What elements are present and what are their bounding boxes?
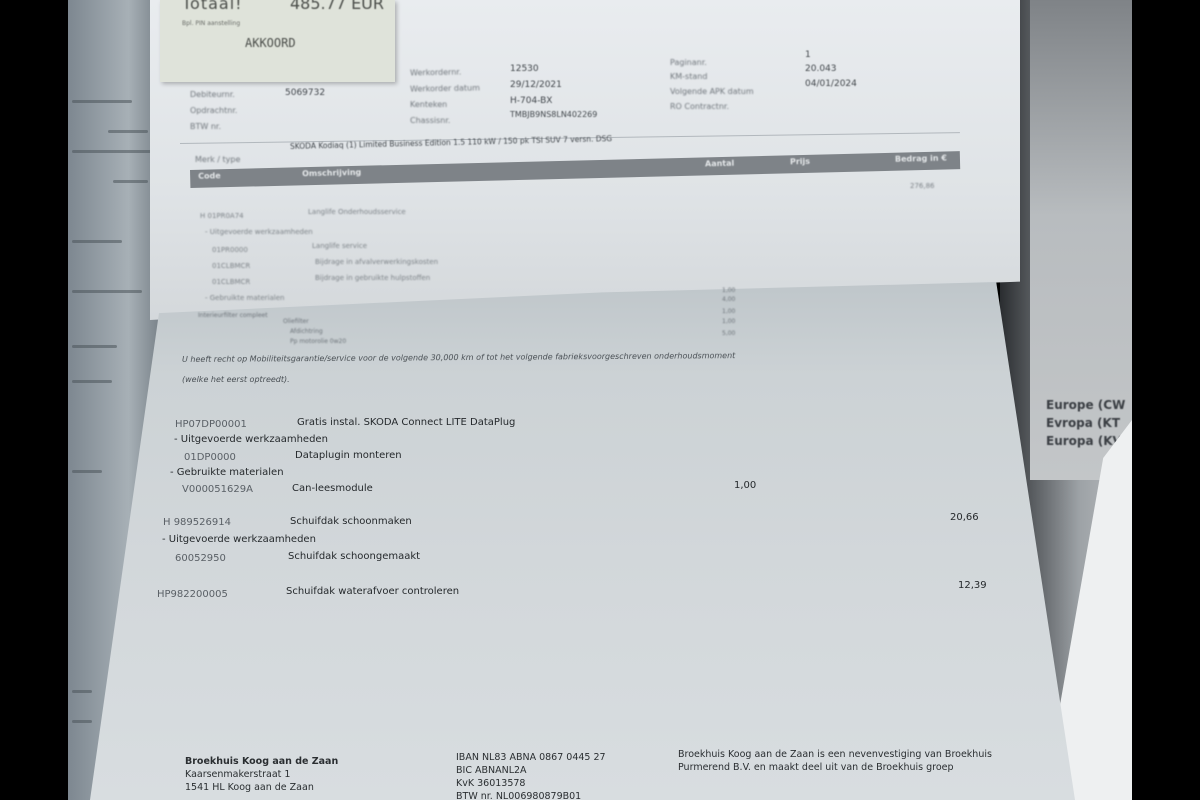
footer-note-line-2: Purmerend B.V. en maakt deel uit van de …: [678, 761, 992, 774]
item-description: Schuifdak schoongemaakt: [288, 551, 420, 562]
row-code: H 01PR0A74: [200, 212, 244, 220]
mileage-label: KM-stand: [670, 72, 707, 81]
bic: BIC ABNANL2A: [456, 764, 606, 777]
receipt-status: AKKOORD: [245, 36, 296, 50]
mileage-value: 20.043: [805, 64, 837, 74]
row-sub: - Uitgevoerde werkzaamheden: [205, 228, 313, 236]
footer-note: Broekhuis Koog aan de Zaan is een nevenv…: [678, 748, 992, 774]
col-amount: Bedrag in €: [895, 154, 947, 164]
ro-contract-label: RO Contractnr.: [670, 102, 729, 111]
row-desc: Langlife Onderhoudsservice: [308, 208, 406, 216]
item-subheading: - Uitgevoerde werkzaamheden: [174, 434, 328, 445]
background-text: Europa (KV: [1046, 434, 1122, 448]
mobility-notice-2: (welke het eerst optreedt).: [182, 375, 290, 384]
workorder-value: 12530: [510, 64, 539, 74]
page-number-label: Paginanr.: [670, 58, 707, 67]
receipt-total-value: 485.77 EUR: [290, 0, 384, 13]
item-description: Gratis instal. SKODA Connect LITE DataPl…: [297, 417, 515, 428]
company-street: Kaarsenmakerstraat 1: [185, 768, 338, 781]
workorder-date-value: 29/12/2021: [510, 80, 562, 90]
row-code: 01CLBMCR: [212, 278, 250, 286]
page-number-value: 1: [805, 50, 811, 60]
workorder-label: Werkordernr.: [410, 68, 462, 78]
item-description: Schuifdak schoonmaken: [290, 516, 412, 527]
photo-border-left: [0, 0, 68, 800]
item-code: HP07DP00001: [175, 419, 247, 430]
workorder-date-label: Werkorder datum: [410, 83, 480, 93]
material-qty: 1,00: [722, 308, 735, 315]
receipt-small-text: Bpl. PIN aanstelling: [182, 20, 240, 27]
footer-note-line-1: Broekhuis Koog aan de Zaan is een nevenv…: [678, 748, 992, 761]
col-price: Prijs: [790, 157, 810, 166]
photo-border-right: [1132, 0, 1200, 800]
material-qty: 1,00: [722, 287, 735, 294]
material-desc: Interieurfilter compleet: [198, 312, 268, 319]
col-description: Omschrijving: [302, 168, 361, 178]
license-plate-label: Kenteken: [410, 100, 447, 109]
material-qty: 5,00: [722, 330, 735, 337]
footer-company: Broekhuis Koog aan de Zaan Kaarsenmakers…: [185, 755, 338, 794]
material-desc: Oliefilter: [283, 318, 309, 325]
row-desc: Bijdrage in gebruikte hulpstoffen: [315, 274, 430, 282]
background-text: Evropa (KT: [1046, 416, 1120, 430]
item-amount: 12,39: [958, 580, 987, 591]
footer-bank: IBAN NL83 ABNA 0867 0445 27 BIC ABNANL2A…: [456, 751, 606, 800]
vat-number: BTW nr. NL006980879B01: [456, 790, 606, 800]
background-text: Europe (CW: [1046, 398, 1125, 412]
chassis-label: Chassisnr.: [410, 116, 450, 125]
payment-receipt: Totaal! 485.77 EUR Bpl. PIN aanstelling …: [160, 0, 395, 82]
row-desc: Bijdrage in afvalverwerkingskosten: [315, 258, 438, 266]
license-plate-value: H-704-BX: [510, 96, 552, 106]
item-subheading: - Gebruikte materialen: [170, 467, 284, 478]
order-label: Opdrachtnr.: [190, 106, 237, 115]
material-desc: Pp motorolie 0w20: [290, 338, 346, 345]
item-amount: 20,66: [950, 512, 979, 523]
row-sub: - Gebruikte materialen: [205, 294, 284, 302]
item-code: 01DP0000: [184, 452, 236, 463]
kvk: KvK 36013578: [456, 777, 606, 790]
item-subheading: - Uitgevoerde werkzaamheden: [162, 534, 316, 545]
item-code: H 989526914: [163, 517, 231, 528]
table-header: Code Omschrijving Aantal Prijs Bedrag in…: [190, 151, 960, 188]
item-description: Can-leesmodule: [292, 483, 373, 494]
col-code: Code: [198, 171, 221, 181]
vehicle-value: SKODA Kodiaq (1) Limited Business Editio…: [290, 134, 612, 151]
item-code: V000051629A: [182, 484, 253, 495]
next-apk-value: 04/01/2024: [805, 79, 857, 89]
company-name: Broekhuis Koog aan de Zaan: [185, 756, 338, 767]
material-desc: Afdichtring: [290, 328, 323, 335]
iban: IBAN NL83 ABNA 0867 0445 27: [456, 751, 606, 764]
company-city: 1541 HL Koog aan de Zaan: [185, 781, 338, 794]
receipt-total-label: Totaal!: [182, 0, 243, 13]
row-desc: Langlife service: [312, 242, 367, 250]
next-apk-label: Volgende APK datum: [670, 87, 754, 96]
row-code: 01CLBMCR: [212, 262, 250, 270]
debtor-value: 5069732: [285, 88, 325, 98]
row-amount: 276,86: [910, 182, 935, 190]
item-code: 60052950: [175, 553, 226, 564]
col-quantity: Aantal: [705, 159, 734, 169]
chassis-value: TMBJB9NS8LN402269: [510, 110, 597, 119]
item-code: HP982200005: [157, 589, 228, 600]
row-code: 01PR0000: [212, 246, 248, 254]
vat-label: BTW nr.: [190, 122, 221, 131]
material-qty: 4,00: [722, 296, 735, 303]
vehicle-label: Merk / type: [195, 155, 240, 164]
item-quantity: 1,00: [734, 480, 756, 491]
item-description: Dataplugin monteren: [295, 450, 402, 461]
debtor-label: Debiteurnr.: [190, 90, 235, 99]
material-qty: 1,00: [722, 318, 735, 325]
item-description: Schuifdak waterafvoer controleren: [286, 586, 459, 597]
